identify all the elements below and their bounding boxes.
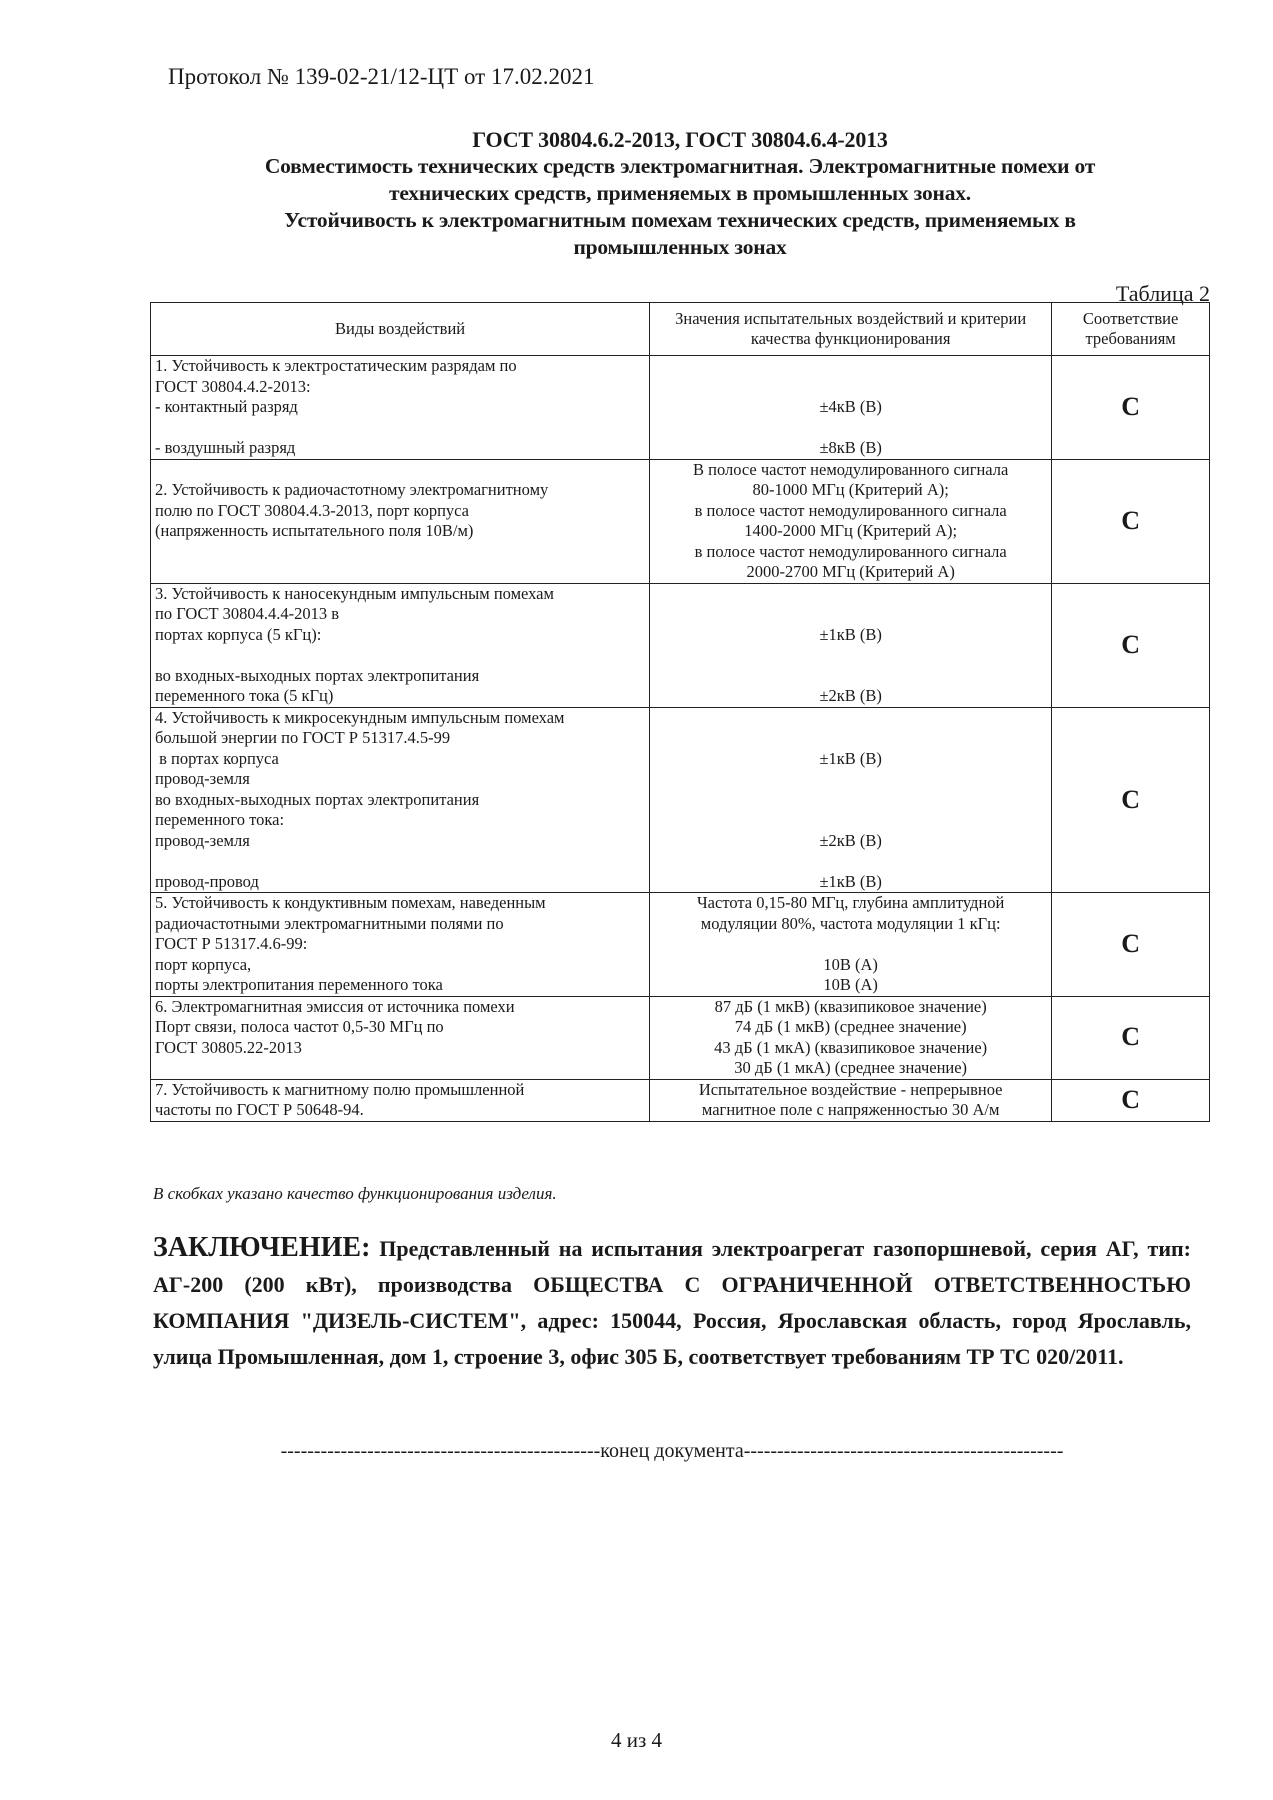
impact-type-line: порты электропитания переменного тока (155, 975, 645, 996)
impact-type-line: ГОСТ 30804.4.2-2013: (155, 377, 645, 398)
impact-type-cell: 2. Устойчивость к радиочастотному электр… (151, 459, 650, 583)
test-value-line: ±8кВ (В) (654, 438, 1047, 459)
impact-type-line: порт корпуса, (155, 955, 645, 976)
table-row: 4. Устойчивость к микросекундным импульс… (151, 707, 1210, 893)
table-row: 3. Устойчивость к наносекундным импульсн… (151, 583, 1210, 707)
document-title: ГОСТ 30804.6.2-2013, ГОСТ 30804.6.4-2013… (150, 126, 1210, 261)
conclusion-heading: ЗАКЛЮЧЕНИЕ: (153, 1232, 370, 1263)
impact-type-line: во входных-выходных портах электропитани… (155, 666, 645, 687)
test-value-line: 1400-2000 МГц (Критерий А); (654, 521, 1047, 542)
test-results-table: Виды воздействий Значения испытательных … (150, 302, 1210, 1122)
end-of-document-marker: ----------------------------------------… (153, 1440, 1191, 1463)
conclusion: ЗАКЛЮЧЕНИЕ: Представленный на испытания … (153, 1230, 1191, 1375)
test-value-line: 10В (А) (654, 975, 1047, 996)
column-header-test-values: Значения испытательных воздействий и кри… (650, 303, 1052, 356)
test-value-cell: Частота 0,15-80 МГц, глубина амплитудной… (650, 893, 1052, 997)
test-value-line: 43 дБ (1 мкА) (квазипиковое значение) (654, 1038, 1047, 1059)
impact-type-line (155, 645, 645, 666)
test-value-line (654, 851, 1047, 872)
test-value-line: магнитное поле с напряженностью 30 А/м (654, 1100, 1047, 1121)
impact-type-line: частоты по ГОСТ Р 50648-94. (155, 1100, 645, 1121)
compliance-cell: С (1052, 893, 1210, 997)
impact-type-line: переменного тока: (155, 810, 645, 831)
table-row: 6. Электромагнитная эмиссия от источника… (151, 996, 1210, 1079)
table-row: 1. Устойчивость к электростатическим раз… (151, 356, 1210, 460)
impact-type-line (155, 1058, 645, 1079)
title-line: технических средств, применяемых в промы… (150, 180, 1210, 207)
impact-type-line: - контактный разряд (155, 397, 645, 418)
impact-type-line (155, 851, 645, 872)
test-value-line (654, 728, 1047, 749)
test-value-line: ±1кВ (В) (654, 749, 1047, 770)
impact-type-cell: 7. Устойчивость к магнитному полю промыш… (151, 1079, 650, 1121)
test-value-line: 2000-2700 МГц (Критерий А) (654, 562, 1047, 583)
impact-type-line: по ГОСТ 30804.4.4-2013 в (155, 604, 645, 625)
impact-type-line: в портах корпуса (155, 749, 645, 770)
test-value-line: в полосе частот немодулированного сигнал… (654, 542, 1047, 563)
compliance-cell: С (1052, 1079, 1210, 1121)
test-value-line (654, 584, 1047, 605)
impact-type-line: портах корпуса (5 кГц): (155, 625, 645, 646)
test-value-line: ±4кВ (В) (654, 397, 1047, 418)
impact-type-line (155, 460, 645, 481)
test-value-cell: Испытательное воздействие - непрерывноем… (650, 1079, 1052, 1121)
test-value-line: 80-1000 МГц (Критерий А); (654, 480, 1047, 501)
test-value-line: модуляции 80%, частота модуляции 1 кГц: (654, 914, 1047, 935)
impact-type-line: 2. Устойчивость к радиочастотному электр… (155, 480, 645, 501)
test-value-line: 10В (А) (654, 955, 1047, 976)
test-value-line: Частота 0,15-80 МГц, глубина амплитудной (654, 893, 1047, 914)
impact-type-line: радиочастотными электромагнитными полями… (155, 914, 645, 935)
impact-type-line: 1. Устойчивость к электростатическим раз… (155, 356, 645, 377)
impact-type-line: ГОСТ Р 51317.4.6-99: (155, 934, 645, 955)
test-value-line (654, 790, 1047, 811)
impact-type-line: во входных-выходных портах электропитани… (155, 790, 645, 811)
test-value-line (654, 810, 1047, 831)
protocol-number: Протокол № 139-02-21/12-ЦТ от 17.02.2021 (168, 64, 594, 90)
impact-type-line: провод-провод (155, 872, 645, 893)
column-header-compliance: Соответствие требованиям (1052, 303, 1210, 356)
page-number: 4 из 4 (0, 1728, 1273, 1753)
table-footnote: В скобках указано качество функционирова… (153, 1184, 557, 1204)
table-row: 7. Устойчивость к магнитному полю промыш… (151, 1079, 1210, 1121)
table-header-row: Виды воздействий Значения испытательных … (151, 303, 1210, 356)
test-value-line: в полосе частот немодулированного сигнал… (654, 501, 1047, 522)
impact-type-line: 5. Устойчивость к кондуктивным помехам, … (155, 893, 645, 914)
test-value-line: Испытательное воздействие - непрерывное (654, 1080, 1047, 1101)
impact-type-line: 6. Электромагнитная эмиссия от источника… (155, 997, 645, 1018)
test-value-line: ±2кВ (В) (654, 686, 1047, 707)
test-value-line: 87 дБ (1 мкВ) (квазипиковое значение) (654, 997, 1047, 1018)
test-value-line: ±1кВ (В) (654, 625, 1047, 646)
column-header-impact-types: Виды воздействий (151, 303, 650, 356)
compliance-cell: С (1052, 583, 1210, 707)
impact-type-line (155, 542, 645, 563)
impact-type-cell: 4. Устойчивость к микросекундным импульс… (151, 707, 650, 893)
impact-type-line: (напряженность испытательного поля 10В/м… (155, 521, 645, 542)
test-value-cell: В полосе частот немодулированного сигнал… (650, 459, 1052, 583)
compliance-cell: С (1052, 356, 1210, 460)
impact-type-cell: 5. Устойчивость к кондуктивным помехам, … (151, 893, 650, 997)
test-value-cell: ±1кВ (В)±2кВ (В) (650, 583, 1052, 707)
test-value-line (654, 666, 1047, 687)
impact-type-cell: 6. Электромагнитная эмиссия от источника… (151, 996, 650, 1079)
test-value-cell: 87 дБ (1 мкВ) (квазипиковое значение)74 … (650, 996, 1052, 1079)
impact-type-line: провод-земля (155, 769, 645, 790)
test-value-line: ±2кВ (В) (654, 831, 1047, 852)
impact-type-cell: 3. Устойчивость к наносекундным импульсн… (151, 583, 650, 707)
table-row: 5. Устойчивость к кондуктивным помехам, … (151, 893, 1210, 997)
impact-type-line (155, 418, 645, 439)
title-line: Совместимость технических средств электр… (150, 153, 1210, 180)
compliance-cell: С (1052, 707, 1210, 893)
test-value-cell: ±4кВ (В)±8кВ (В) (650, 356, 1052, 460)
test-value-line: В полосе частот немодулированного сигнал… (654, 460, 1047, 481)
test-value-cell: ±1кВ (В)±2кВ (В)±1кВ (В) (650, 707, 1052, 893)
test-value-line (654, 708, 1047, 729)
title-line: Устойчивость к электромагнитным помехам … (150, 207, 1210, 234)
test-value-line: 30 дБ (1 мкА) (среднее значение) (654, 1058, 1047, 1079)
impact-type-line: переменного тока (5 кГц) (155, 686, 645, 707)
impact-type-line: 4. Устойчивость к микросекундным импульс… (155, 708, 645, 729)
impact-type-line: большой энергии по ГОСТ Р 51317.4.5-99 (155, 728, 645, 749)
impact-type-line: полю по ГОСТ 30804.4.3-2013, порт корпус… (155, 501, 645, 522)
impact-type-line: ГОСТ 30805.22-2013 (155, 1038, 645, 1059)
test-value-line (654, 604, 1047, 625)
impact-type-line: Порт связи, полоса частот 0,5-30 МГц по (155, 1017, 645, 1038)
test-value-line (654, 356, 1047, 377)
impact-type-line: 7. Устойчивость к магнитному полю промыш… (155, 1080, 645, 1101)
test-value-line (654, 934, 1047, 955)
impact-type-cell: 1. Устойчивость к электростатическим раз… (151, 356, 650, 460)
impact-type-line: 3. Устойчивость к наносекундным импульсн… (155, 584, 645, 605)
impact-type-line: - воздушный разряд (155, 438, 645, 459)
test-value-line: ±1кВ (В) (654, 872, 1047, 893)
test-value-line (654, 418, 1047, 439)
impact-type-line: провод-земля (155, 831, 645, 852)
compliance-cell: С (1052, 996, 1210, 1079)
impact-type-line (155, 562, 645, 583)
test-value-line (654, 377, 1047, 398)
test-value-line (654, 769, 1047, 790)
compliance-cell: С (1052, 459, 1210, 583)
title-line: промышленных зонах (150, 234, 1210, 261)
test-value-line (654, 645, 1047, 666)
standards-title: ГОСТ 30804.6.2-2013, ГОСТ 30804.6.4-2013 (150, 126, 1210, 153)
test-value-line: 74 дБ (1 мкВ) (среднее значение) (654, 1017, 1047, 1038)
table-row: 2. Устойчивость к радиочастотному электр… (151, 459, 1210, 583)
